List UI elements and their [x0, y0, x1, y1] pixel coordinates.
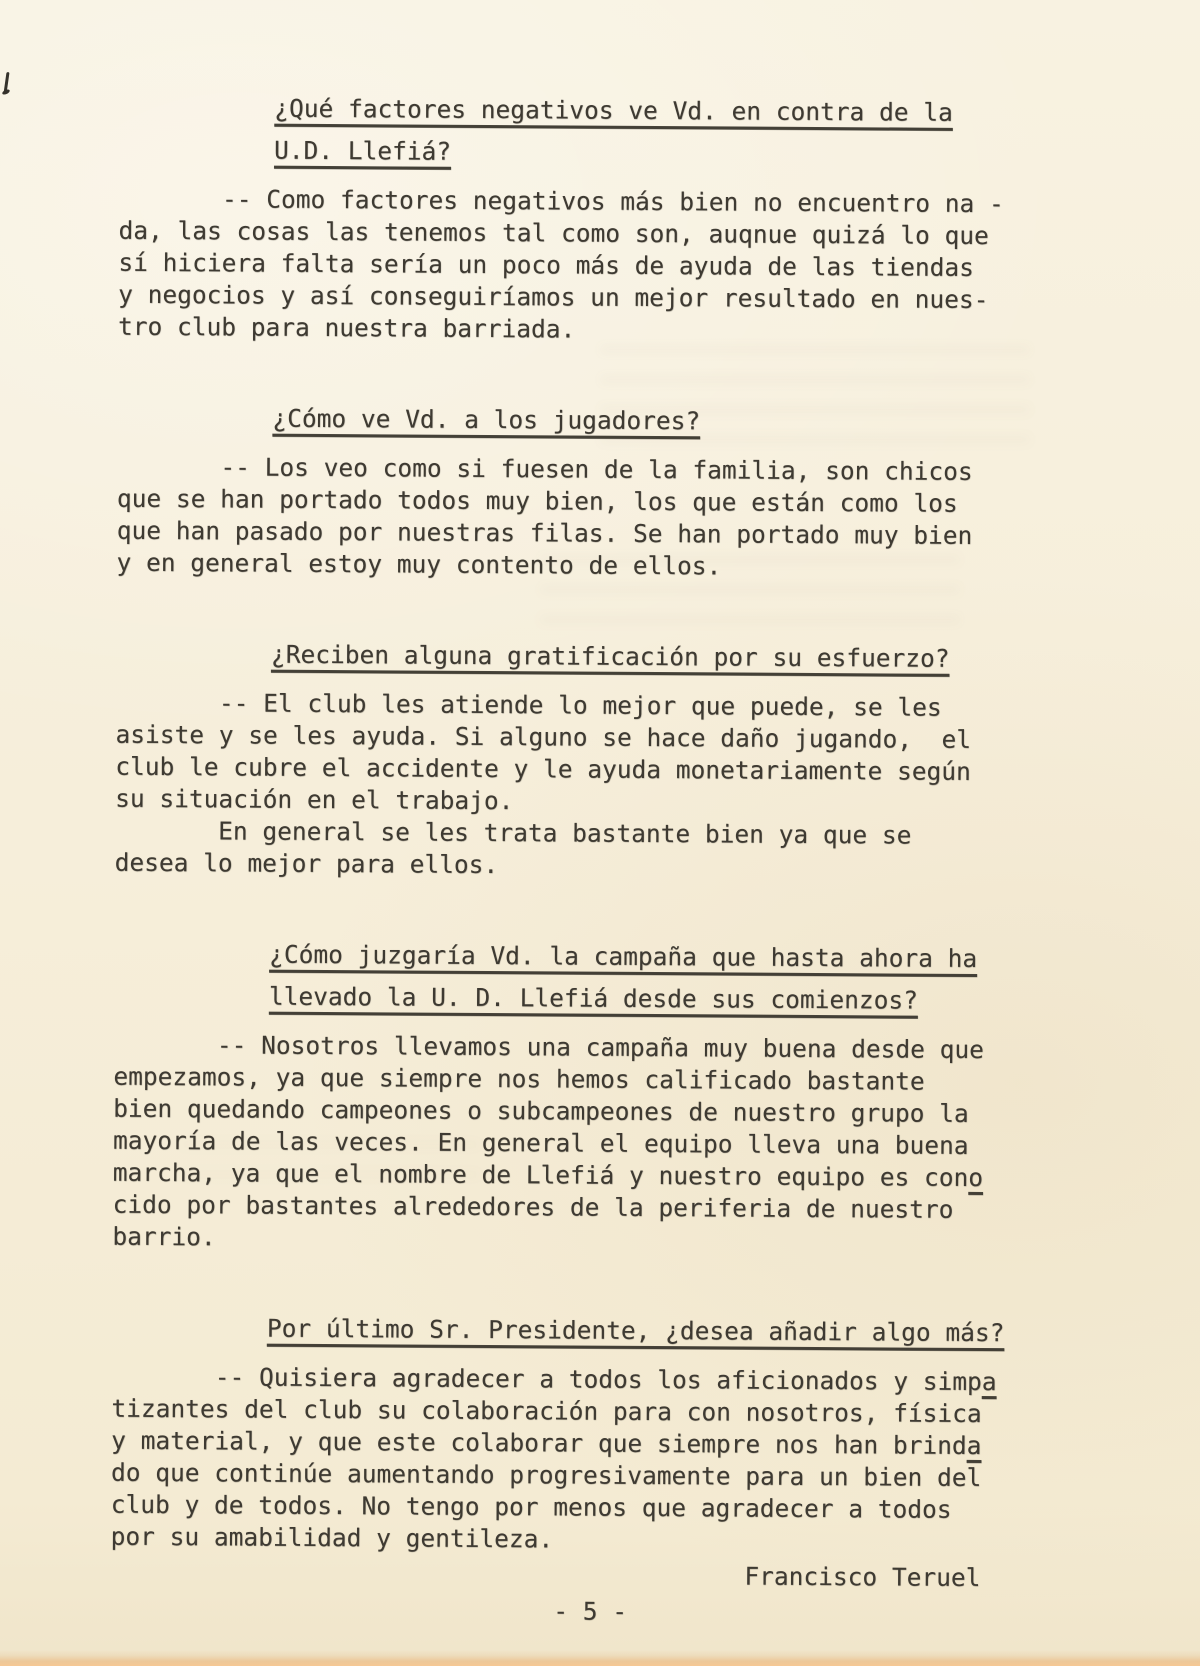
question-line: ¿Qué factores negativos ve Vd. en contra… [274, 88, 1119, 135]
interview-sections: ¿Qué factores negativos ve Vd. en contra… [111, 87, 1120, 1559]
question-text: Por último Sr. Presidente, ¿desea añadir… [267, 1314, 1005, 1348]
answer-paragraph: -- El club les atiende lo mejor que pued… [115, 687, 1116, 821]
question-line: ¿Cómo juzgaría Vd. la campaña que hasta … [269, 934, 1114, 981]
answer-paragraph: En general se les trata bastante bien ya… [115, 815, 1115, 885]
answer-line: y en general estoy muy contento de ellos… [116, 547, 1116, 585]
answer-block: -- Quisiera agradecer a todos los aficio… [111, 1361, 1112, 1559]
question-heading: ¿Cómo juzgaría Vd. la campaña que hasta … [269, 934, 1114, 1023]
question-text: llevado la U. D. Llefiá desde sus comien… [269, 982, 918, 1015]
question-heading: Por último Sr. Presidente, ¿desea añadir… [267, 1308, 1112, 1355]
question-line: Por último Sr. Presidente, ¿desea añadir… [267, 1308, 1112, 1355]
answer-line: por su amabilidad y gentileza. [111, 1521, 1111, 1559]
question-text: ¿Reciben alguna gratificación por su esf… [271, 640, 950, 673]
question-heading: ¿Reciben alguna gratificación por su esf… [271, 634, 1116, 681]
question-heading: ¿Cómo ve Vd. a los jugadores? [272, 398, 1117, 445]
question-text: ¿Cómo juzgaría Vd. la campaña que hasta … [269, 940, 977, 973]
question-line: ¿Reciben alguna gratificación por su esf… [271, 634, 1116, 681]
interview-section: Por último Sr. Presidente, ¿desea añadir… [111, 1307, 1112, 1559]
scanned-page: ¿Qué factores negativos ve Vd. en contra… [0, 0, 1200, 1666]
interview-section: ¿Reciben alguna gratificación por su esf… [115, 633, 1116, 885]
answer-paragraph: -- Nosotros llevamos una campaña muy bue… [112, 1029, 1113, 1259]
answer-block: -- Los veo como si fuesen de la familia,… [116, 451, 1117, 585]
answer-line: cido por bastantes alrededores de la per… [113, 1189, 1113, 1227]
hyphenation-underline-char: a [982, 1367, 997, 1396]
answer-paragraph: -- Como factores negativos más bien no e… [118, 183, 1119, 349]
answer-paragraph: -- Quisiera agradecer a todos los aficio… [111, 1361, 1112, 1559]
paper-bottom-edge [0, 1650, 1200, 1666]
question-line: U.D. Llefiá? [274, 130, 1119, 177]
typed-content: ¿Qué factores negativos ve Vd. en contra… [0, 0, 1200, 1631]
interview-section: ¿Qué factores negativos ve Vd. en contra… [118, 87, 1120, 349]
question-line: ¿Cómo ve Vd. a los jugadores? [272, 398, 1117, 445]
question-heading: ¿Qué factores negativos ve Vd. en contra… [274, 88, 1119, 177]
answer-block: -- Como factores negativos más bien no e… [118, 183, 1119, 349]
hyphenation-underline-char: a [967, 1431, 982, 1460]
answer-block: -- Nosotros llevamos una campaña muy bue… [112, 1029, 1113, 1259]
answer-line: desea lo mejor para ellos. [115, 847, 1115, 885]
question-text: ¿Qué factores negativos ve Vd. en contra… [274, 94, 953, 127]
answer-line: tro club para nuestra barriada. [118, 311, 1118, 349]
interview-section: ¿Cómo ve Vd. a los jugadores? -- Los veo… [116, 397, 1117, 585]
page-number: - 5 - [70, 1592, 1110, 1630]
hyphenation-underline-char: o [968, 1163, 983, 1192]
question-text: U.D. Llefiá? [274, 136, 451, 166]
answer-block: -- El club les atiende lo mejor que pued… [115, 687, 1116, 885]
question-line: llevado la U. D. Llefiá desde sus comien… [269, 976, 1114, 1023]
interview-section: ¿Cómo juzgaría Vd. la campaña que hasta … [112, 933, 1114, 1259]
answer-paragraph: -- Los veo como si fuesen de la familia,… [116, 451, 1117, 585]
answer-line: barrio. [112, 1221, 1112, 1259]
signature: Francisco Teruel [110, 1557, 980, 1594]
question-text: ¿Cómo ve Vd. a los jugadores? [272, 404, 700, 436]
